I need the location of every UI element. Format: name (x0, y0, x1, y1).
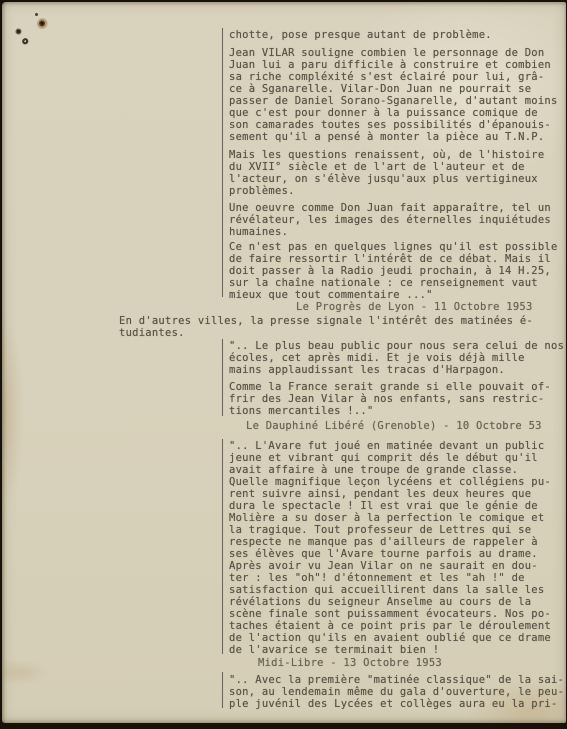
quote2-paragraph-1: ".. Le plus beau public pour nous sera c… (229, 340, 564, 376)
scanned-page: chotte, pose presque autant de problème.… (0, 0, 567, 729)
quote3-paragraph-1: ".. L'Avare fut joué en matinée devant u… (229, 440, 551, 656)
fragment-top-line: chotte, pose presque autant de problème. (229, 29, 492, 41)
quote-rule (222, 339, 223, 416)
quote-rule (222, 672, 223, 708)
ink-blot-icon (15, 28, 22, 35)
ink-blot-icon (37, 18, 49, 30)
attribution-le-dauphine-libere: Le Dauphiné Libéré (Grenoble) - 10 Octob… (246, 420, 542, 432)
attribution-le-progres-de-lyon: Le Progrès de Lyon - 11 Octobre 1953 (296, 301, 533, 313)
quote-rule (222, 439, 223, 654)
quote4-paragraph-1: ".. Avec la première "matinée classique"… (229, 674, 564, 710)
ink-blot-icon (35, 13, 38, 16)
quote1-paragraph-1: Jean VILAR souligne combien le personnag… (229, 47, 558, 143)
quote2-paragraph-2: Comme la France serait grande si elle po… (229, 381, 551, 417)
transition-paragraph: En d'autres villes, la presse signale l'… (119, 315, 533, 339)
quote1-paragraph-3: Une oeuvre comme Don Juan fait apparaîtr… (229, 202, 551, 238)
quote1-paragraph-4: Ce n'est pas en quelques lignes qu'il es… (229, 241, 558, 301)
quote-rule (222, 28, 223, 297)
quote1-paragraph-2: Mais les questions renaissent, où, de l'… (229, 149, 544, 197)
attribution-midi-libre: Midi-Libre - 13 Octobre 1953 (258, 657, 442, 669)
ink-blot-icon (22, 38, 29, 46)
